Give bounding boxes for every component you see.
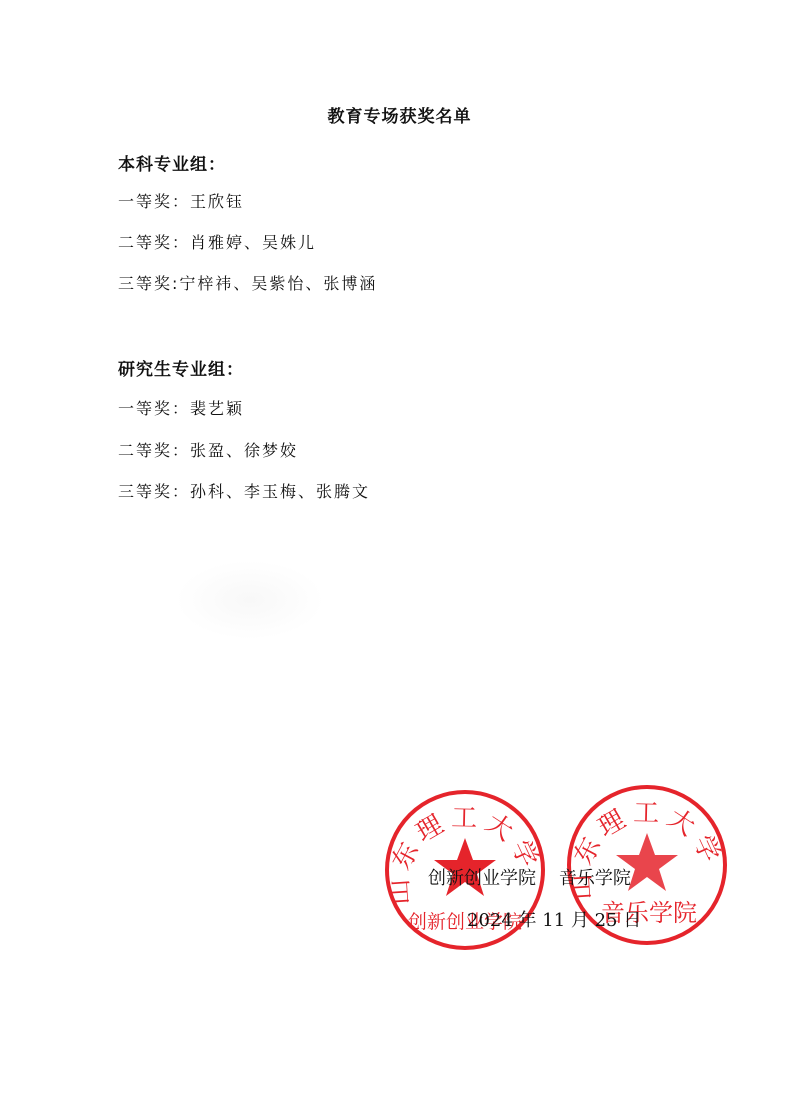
award-line: 三等奖:宁梓祎、吴紫怡、张博涵 <box>118 271 377 294</box>
award-rank: 二等奖： <box>118 441 190 460</box>
award-names: 孙科、李玉梅、张腾文 <box>190 482 370 501</box>
award-names: 宁梓祎、吴紫怡、张博涵 <box>179 274 377 293</box>
award-line: 一等奖：王欣钰 <box>118 189 244 212</box>
award-line: 二等奖：肖雅婷、吴姝儿 <box>118 230 316 253</box>
award-line: 一等奖：裴艺颖 <box>118 396 244 419</box>
award-names: 王欣钰 <box>190 192 244 211</box>
award-line: 三等奖：孙科、李玉梅、张腾文 <box>118 479 370 502</box>
award-names: 张盈、徐梦姣 <box>190 441 298 460</box>
award-names: 裴艺颖 <box>190 399 244 418</box>
award-rank: 三等奖： <box>118 482 190 501</box>
award-rank: 三等奖: <box>118 274 179 293</box>
award-rank: 二等奖： <box>118 233 190 252</box>
award-names: 肖雅婷、吴姝儿 <box>190 233 316 252</box>
document-title: 教育专场获奖名单 <box>0 102 799 127</box>
award-rank: 一等奖： <box>118 192 190 211</box>
signature-organizations: 创新创业学院 音乐学院 <box>428 864 631 890</box>
section-heading-graduate: 研究生专业组： <box>118 355 244 380</box>
award-line: 二等奖：张盈、徐梦姣 <box>118 438 298 461</box>
section-heading-undergraduate: 本科专业组： <box>118 150 226 175</box>
award-rank: 一等奖： <box>118 399 190 418</box>
faint-scan-artifact <box>175 560 325 640</box>
signature-date: 2024 年 11 月 25 日 <box>467 906 641 932</box>
